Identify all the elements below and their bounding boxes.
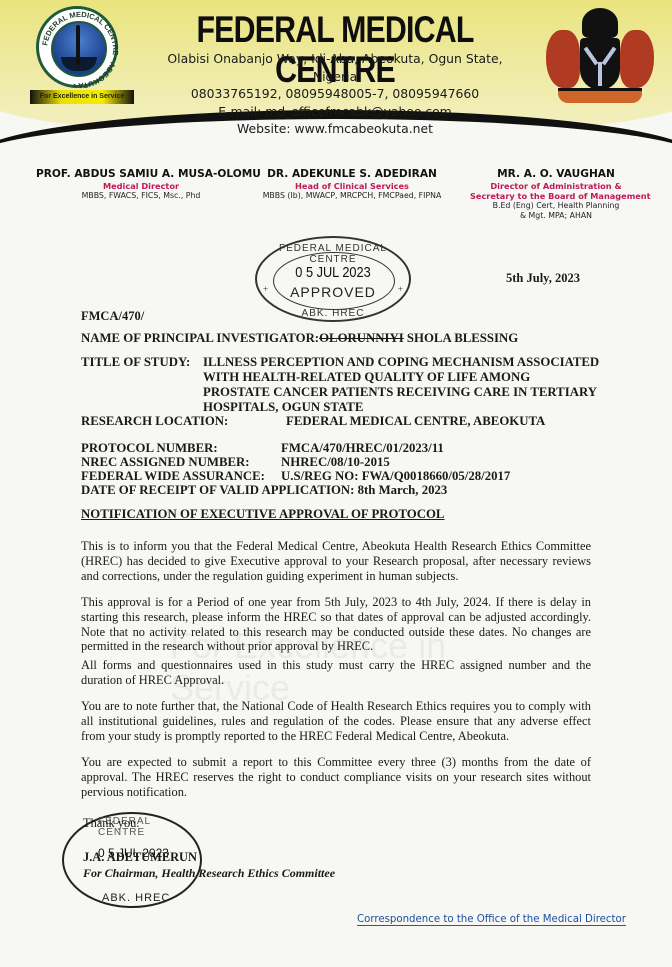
nigeria-coat-of-arms-icon — [540, 8, 660, 103]
research-location: RESEARCH LOCATION: FEDERAL MEDICAL CENTR… — [81, 414, 228, 429]
letter-date: 5th July, 2023 — [506, 271, 580, 286]
address: Olabisi Onabanjo Way, Idi-Aba, Abeokuta,… — [150, 50, 520, 85]
letterhead: FEDERAL MEDICAL CENTRE • ABEOKUTA • For … — [0, 0, 672, 150]
field-label: FEDERAL WIDE ASSURANCE: — [81, 469, 265, 483]
official-role: Medical Director — [36, 181, 246, 191]
paragraph: This is to inform you that the Federal M… — [81, 539, 591, 583]
field-value: NHREC/08/10-2015 — [281, 455, 390, 470]
title-line: PROSTATE CANCER PATIENTS RECEIVING CARE … — [203, 385, 599, 400]
plus-icon: + — [398, 284, 403, 294]
section-heading: NOTIFICATION OF EXECUTIVE APPROVAL OF PR… — [81, 507, 444, 522]
phone-numbers: 08033765192, 08095948005-7, 08095947660 — [150, 85, 520, 103]
hospital-seal-icon: FEDERAL MEDICAL CENTRE • ABEOKUTA • — [36, 6, 118, 88]
stamp-date: 0 5 JUL 2023 — [268, 264, 397, 281]
signatory-name: J.A. ADETUMERUN — [83, 850, 197, 865]
field-value: FEDERAL MEDICAL CENTRE, ABEOKUTA — [286, 414, 545, 429]
title-line: HOSPITALS, OGUN STATE — [203, 400, 599, 415]
paragraph: You are expected to submit a report to t… — [81, 755, 591, 799]
field-label: NAME OF PRINCIPAL INVESTIGATOR: — [81, 331, 319, 345]
official-role: Head of Clinical Services — [252, 181, 452, 191]
field-label: RESEARCH LOCATION: — [81, 414, 228, 428]
official-role: Secretary to the Board of Management — [470, 191, 642, 201]
official-head-clinical-services: DR. ADEKUNLE S. ADEDIRAN Head of Clinica… — [252, 168, 452, 201]
official-qualifications: MBBS (Ib), MWACP, MRCPCH, FMCPaed, FIPNA — [252, 191, 452, 201]
stamp-status: APPROVED — [257, 284, 409, 300]
protocol-number: PROTOCOL NUMBER: FMCA/470/HREC/01/2023/1… — [81, 441, 218, 456]
field-value: SHOLA BLESSING — [404, 331, 519, 345]
field-label: PROTOCOL NUMBER: — [81, 441, 218, 455]
official-name: PROF. ABDUS SAMIU A. MUSA-OLOMU — [36, 168, 246, 181]
paragraph: You are to note further that, the Nation… — [81, 699, 591, 743]
logo-ring-text: FEDERAL MEDICAL CENTRE • ABEOKUTA • — [39, 9, 121, 91]
email[interactable]: E-mail: md_officefmcabk@yahoo.com — [150, 103, 520, 121]
website[interactable]: Website: www.fmcabeokuta.net — [150, 120, 520, 138]
field-value: FMCA/470/HREC/01/2023/11 — [281, 441, 444, 456]
principal-investigator: NAME OF PRINCIPAL INVESTIGATOR:OLORUNNIY… — [81, 331, 518, 346]
struck-name: OLORUNNIYI — [319, 331, 404, 345]
plus-icon: + — [263, 284, 268, 294]
footer-note: Correspondence to the Office of the Medi… — [357, 914, 626, 926]
official-qualifications: B.Ed (Eng) Cert, Health Planning — [470, 201, 642, 211]
field-label: NREC ASSIGNED NUMBER: — [81, 455, 250, 469]
official-name: MR. A. O. VAUGHAN — [470, 168, 642, 181]
official-name: DR. ADEKUNLE S. ADEDIRAN — [252, 168, 452, 181]
official-qualifications: MBBS, FWACS, FICS, Msc., Phd — [36, 191, 246, 201]
paragraph: All forms and questionnaires used in thi… — [81, 658, 591, 688]
official-qualifications: & Mgt. MPA; AHAN — [470, 211, 642, 221]
reference-number: FMCA/470/ — [81, 309, 144, 324]
official-role: Director of Administration & — [470, 181, 642, 191]
stamp-top-text: FEDERAL MEDICAL CENTRE — [257, 243, 409, 265]
svg-text:FEDERAL MEDICAL CENTRE • ABEOK: FEDERAL MEDICAL CENTRE • ABEOKUTA • — [40, 10, 120, 90]
stamp-bottom-text: ABK. HREC — [257, 308, 409, 319]
title-line: WITH HEALTH-RELATED QUALITY OF LIFE AMON… — [203, 370, 599, 385]
title-line: ILLNESS PERCEPTION AND COPING MECHANISM … — [203, 355, 599, 370]
signatory-role: For Chairman, Health Research Ethics Com… — [83, 866, 335, 881]
federal-wide-assurance: FEDERAL WIDE ASSURANCE: U.S/REG NO: FWA/… — [81, 469, 265, 484]
receipt-date: DATE OF RECEIPT OF VALID APPLICATION: 8t… — [81, 483, 447, 498]
paragraph: This approval is for a Period of one yea… — [81, 595, 591, 654]
approval-stamp: FEDERAL MEDICAL CENTRE 0 5 JUL 2023 APPR… — [255, 236, 411, 322]
motto-banner: For Excellence in Service — [30, 90, 134, 104]
nrec-number: NREC ASSIGNED NUMBER: NHREC/08/10-2015 — [81, 455, 250, 470]
organization-contact: Olabisi Onabanjo Way, Idi-Aba, Abeokuta,… — [150, 50, 520, 138]
closing: Thank you. — [83, 816, 139, 831]
official-medical-director: PROF. ABDUS SAMIU A. MUSA-OLOMU Medical … — [36, 168, 246, 201]
field-label: TITLE OF STUDY: — [81, 355, 190, 370]
official-director-administration: MR. A. O. VAUGHAN Director of Administra… — [470, 168, 642, 221]
field-value: U.S/REG NO: FWA/Q0018660/05/28/2017 — [281, 469, 510, 484]
stamp-bottom-text: ABK. HREC — [102, 892, 170, 904]
